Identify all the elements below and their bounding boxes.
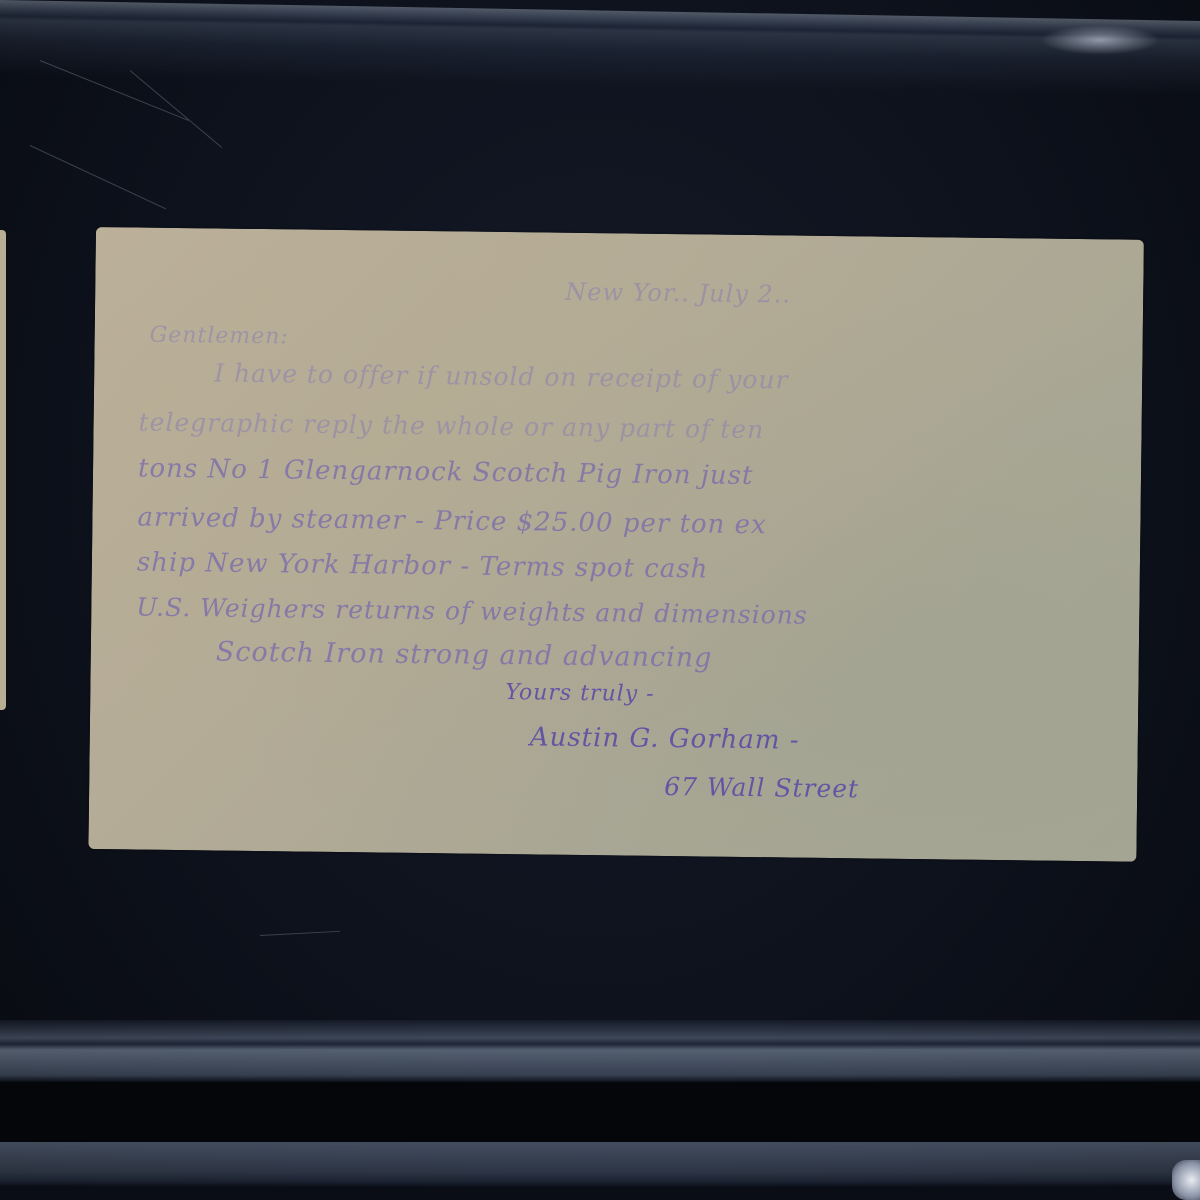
salutation: Gentlemen: [150, 323, 289, 350]
body-line: Scotch Iron strong and advancing [216, 636, 713, 673]
acrylic-holder-top-edge [0, 0, 1200, 96]
dateline: New Yor.. July 2.. [565, 278, 791, 309]
holder-screw [1172, 1160, 1200, 1200]
body-line: telegraphic reply the whole or any part … [138, 408, 764, 445]
body-line: ship New York Harbor - Terms spot cash [137, 548, 709, 585]
scratch [260, 931, 340, 936]
closing: Yours truly - [505, 680, 655, 707]
scratch [30, 145, 166, 209]
background-strip [0, 1187, 1200, 1200]
body-line: I have to offer if unsold on receipt of … [214, 358, 789, 394]
body-line: tons No 1 Glengarnock Scotch Pig Iron ju… [138, 454, 754, 492]
signature: Austin G. Gorham - [530, 722, 800, 755]
body-line: arrived by steamer - Price $25.00 per to… [137, 503, 767, 541]
acrylic-holder-bottom-edge [0, 1020, 1200, 1082]
address: 67 Wall Street [664, 772, 859, 803]
adjacent-card-edge [0, 230, 6, 710]
holder-gap [0, 1082, 1200, 1142]
postcard: New Yor.. July 2.. Gentlemen: I have to … [88, 227, 1144, 862]
light-reflection [1040, 25, 1160, 55]
acrylic-holder-second-edge [0, 1142, 1200, 1187]
scratch [130, 70, 223, 148]
photo-scene: New Yor.. July 2.. Gentlemen: I have to … [0, 0, 1200, 1200]
body-line: U.S. Weighers returns of weights and dim… [136, 593, 808, 630]
